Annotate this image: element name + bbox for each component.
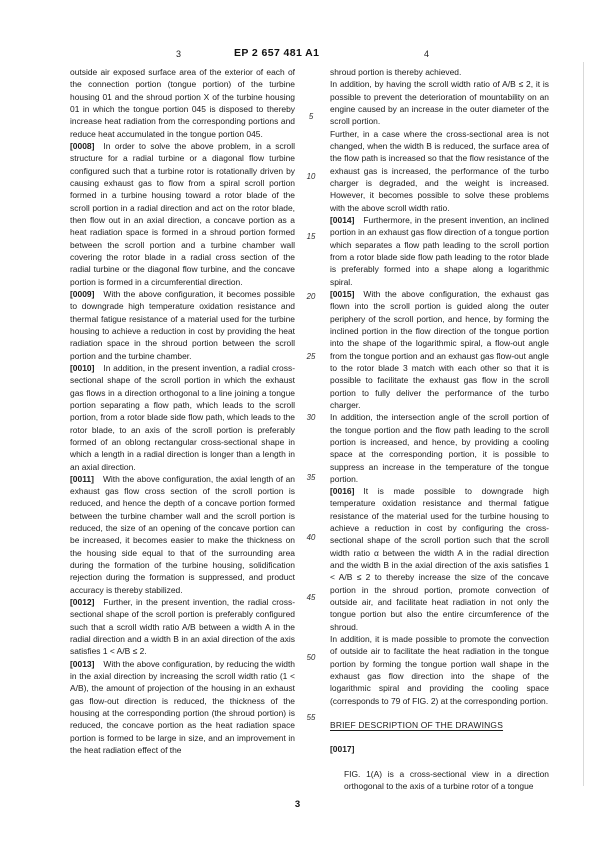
page-number: 3 <box>0 799 595 810</box>
header-doc-number: EP 2 657 481 A1 <box>234 47 319 59</box>
header-column-number-right: 4 <box>424 49 429 59</box>
gutter-line-number: 50 <box>296 653 326 662</box>
paragraph: In addition, by having the scroll width … <box>330 78 549 127</box>
left-text-column: outside air exposed surface area of the … <box>70 66 295 756</box>
paragraph-number-tag: [0008] <box>70 141 103 151</box>
paragraph: In addition, it is made possible to prom… <box>330 633 549 707</box>
paragraph: [0012]Further, in the present invention,… <box>70 596 295 658</box>
paragraph-number-tag: [0012] <box>70 597 103 607</box>
paragraph-number-tag: [0015] <box>330 289 363 299</box>
gutter-line-number: 5 <box>296 112 326 121</box>
paragraph-number-tag: [0011] <box>70 474 103 484</box>
gutter-line-number: 35 <box>296 473 326 482</box>
paragraph: shroud portion is thereby achieved. <box>330 66 549 78</box>
paragraph: [0015]With the above configuration, the … <box>330 288 549 411</box>
paragraph: In addition, the intersection angle of t… <box>330 411 549 485</box>
gutter-line-number: 20 <box>296 292 326 301</box>
gutter-line-number: 25 <box>296 352 326 361</box>
header-column-number-left: 3 <box>176 49 181 59</box>
paragraph: Further, in a case where the cross-secti… <box>330 128 549 214</box>
paragraph-number-tag: [0017] <box>330 744 363 754</box>
paragraph: [0013]With the above configuration, by r… <box>70 658 295 757</box>
paragraph: [0008]In order to solve the above proble… <box>70 140 295 288</box>
paragraph-number-tag: [0014] <box>330 215 363 225</box>
gutter-line-number: 45 <box>296 593 326 602</box>
paragraph: [0009]With the above configuration, it b… <box>70 288 295 362</box>
paragraph-number-tag: [0009] <box>70 289 103 299</box>
gutter-line-number: 30 <box>296 413 326 422</box>
right-text-column: shroud portion is thereby achieved.In ad… <box>330 66 549 792</box>
gutter-line-number: 15 <box>296 232 326 241</box>
paragraph-number-tag: [0010] <box>70 363 103 373</box>
section-heading: BRIEF DESCRIPTION OF THE DRAWINGS <box>330 719 549 731</box>
paragraph: [0014]Furthermore, in the present invent… <box>330 214 549 288</box>
scan-edge-line <box>583 62 584 786</box>
patent-page: 3 EP 2 657 481 A1 4 outside air exposed … <box>0 0 595 842</box>
paragraph: [0010]In addition, in the present invent… <box>70 362 295 473</box>
paragraph: [0016]It is made possible to downgrade h… <box>330 485 549 633</box>
gutter-line-number: 10 <box>296 172 326 181</box>
gutter-line-number: 40 <box>296 533 326 542</box>
gutter-line-number: 55 <box>296 713 326 722</box>
paragraph-tag: [0017] <box>330 743 549 755</box>
paragraph-number-tag: [0013] <box>70 659 103 669</box>
figure-description: FIG. 1(A) is a cross-sectional view in a… <box>330 768 549 793</box>
paragraph: outside air exposed surface area of the … <box>70 66 295 140</box>
paragraph-number-tag: [0016] <box>330 486 363 496</box>
paragraph: [0011]With the above configuration, the … <box>70 473 295 596</box>
